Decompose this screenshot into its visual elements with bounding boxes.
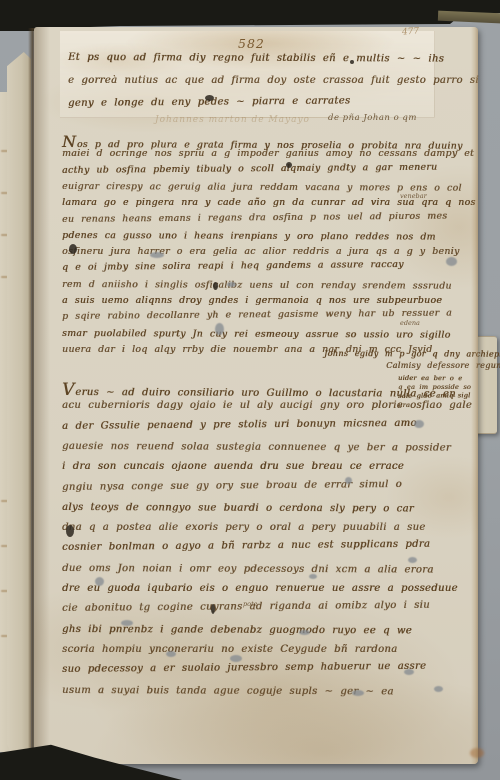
adjacent-page-text-fragment bbox=[1, 276, 8, 278]
manuscript-line: q e oi jmby sine solira reapi i heq gand… bbox=[62, 259, 404, 273]
adjacent-page-text-fragment bbox=[1, 590, 8, 592]
manuscript-line: osfineru jura harrer o era gelia ac alio… bbox=[62, 246, 459, 257]
adjacent-page-text-fragment bbox=[1, 150, 8, 152]
manuscript-line: maiei d ocringe nos spriu a g impoder ga… bbox=[62, 148, 474, 159]
manuscript-line: Johns egidy m p gor q dny archieps bbox=[324, 349, 500, 359]
manuscript-line: suo pdecessoy a er suolaio juressbro sem… bbox=[62, 661, 426, 675]
manuscript-line: due oms Jon noian i omr eoy pdecessoys d… bbox=[62, 563, 434, 576]
manuscript-line: Et ps quo ad firma diy regno fuit stabil… bbox=[68, 52, 444, 65]
manuscript-line: gauesie nos reuend solaa sustegia connue… bbox=[62, 441, 451, 454]
manuscript-line: e gorreà nutius ac que ad firma doy oste… bbox=[68, 75, 479, 86]
interlinear-word: edena bbox=[400, 319, 420, 327]
manuscript-line: smar puolabiled spurty Jn cuy rei esmeou… bbox=[62, 328, 451, 341]
manuscript-line: pdenes ca gusso uno i heans irenpians y … bbox=[62, 230, 436, 243]
manuscript-line: usum a suyai buis tanda ague coguje supl… bbox=[62, 685, 394, 697]
heading-annotation: de pña Johan o qm bbox=[328, 113, 417, 123]
adjacent-page-text-fragment bbox=[1, 192, 8, 194]
gray-smudge bbox=[434, 686, 443, 692]
manuscript-line: a der Gssulie penaend y pre stolis uri b… bbox=[62, 417, 417, 431]
folio-number: 477 bbox=[402, 26, 420, 37]
adjacent-page-text-fragment bbox=[1, 635, 8, 637]
adjacent-page-text-fragment bbox=[1, 545, 8, 547]
gray-smudge bbox=[408, 557, 417, 563]
manuscript-line: scoria hompiu ynconerariu no existe Ceyg… bbox=[62, 644, 397, 655]
manuscript-photo: 582 477 Et ps quo ad firma diy regno fui… bbox=[0, 0, 500, 780]
manuscript-line: p sqire rabino decollanre yh e reneat ga… bbox=[62, 308, 452, 322]
manuscript-line: i dra son cuncais ojaone auenda dru sue … bbox=[62, 461, 404, 472]
manuscript-line: rem d aniisho i singlis osficalibz uens … bbox=[62, 279, 452, 292]
adjacent-page-text-fragment bbox=[1, 234, 8, 236]
manuscript-line: acthy ub osfina pbemiy tibualy o scoll a… bbox=[62, 161, 437, 175]
manuscript-line: Verus ~ ad duiro consiliario uro Guillmo… bbox=[62, 380, 456, 402]
manuscript-line: dna q a postea alie exoris pery o oral a… bbox=[62, 522, 426, 533]
adjacent-page-text-fragment bbox=[1, 500, 8, 502]
manuscript-line: alys teoys de conngyo sue buardi o cerdo… bbox=[62, 502, 414, 515]
manuscript-line: Calmisy defessore regum bbox=[386, 361, 500, 370]
manuscript-page: 582 477 Et ps quo ad firma diy regno fui… bbox=[34, 27, 478, 764]
faded-heading: Johannes marton de Mayayo bbox=[155, 115, 310, 125]
manuscript-line: acu cubernioris dagy ojaio ie ul aly auc… bbox=[62, 400, 472, 411]
page-number: 582 bbox=[238, 36, 265, 51]
manuscript-line: cie abonituo tg cogine cuyrans ad rigand… bbox=[62, 600, 430, 614]
manuscript-line: ghs ibi pnrenbz i gande debenabz guogmod… bbox=[62, 624, 412, 637]
interlinear-word: venebar bbox=[400, 192, 427, 200]
manuscript-line: cosnier bonlman o agyo a bñ rarbz a nuc … bbox=[62, 539, 430, 553]
gray-smudge bbox=[230, 655, 242, 662]
manuscript-line: eu renans heans emans i regans dra osfin… bbox=[62, 210, 447, 224]
manuscript-line: dre eu guoda iqubario eis o enguo renuer… bbox=[62, 583, 458, 594]
rust-stain bbox=[470, 748, 484, 758]
gray-smudge bbox=[446, 257, 457, 266]
manuscript-line: a suis uemo aliqnns droy gndes i germano… bbox=[62, 295, 442, 306]
manuscript-line: gngiu nysa conge sue gy ory sue broau de… bbox=[62, 479, 402, 493]
